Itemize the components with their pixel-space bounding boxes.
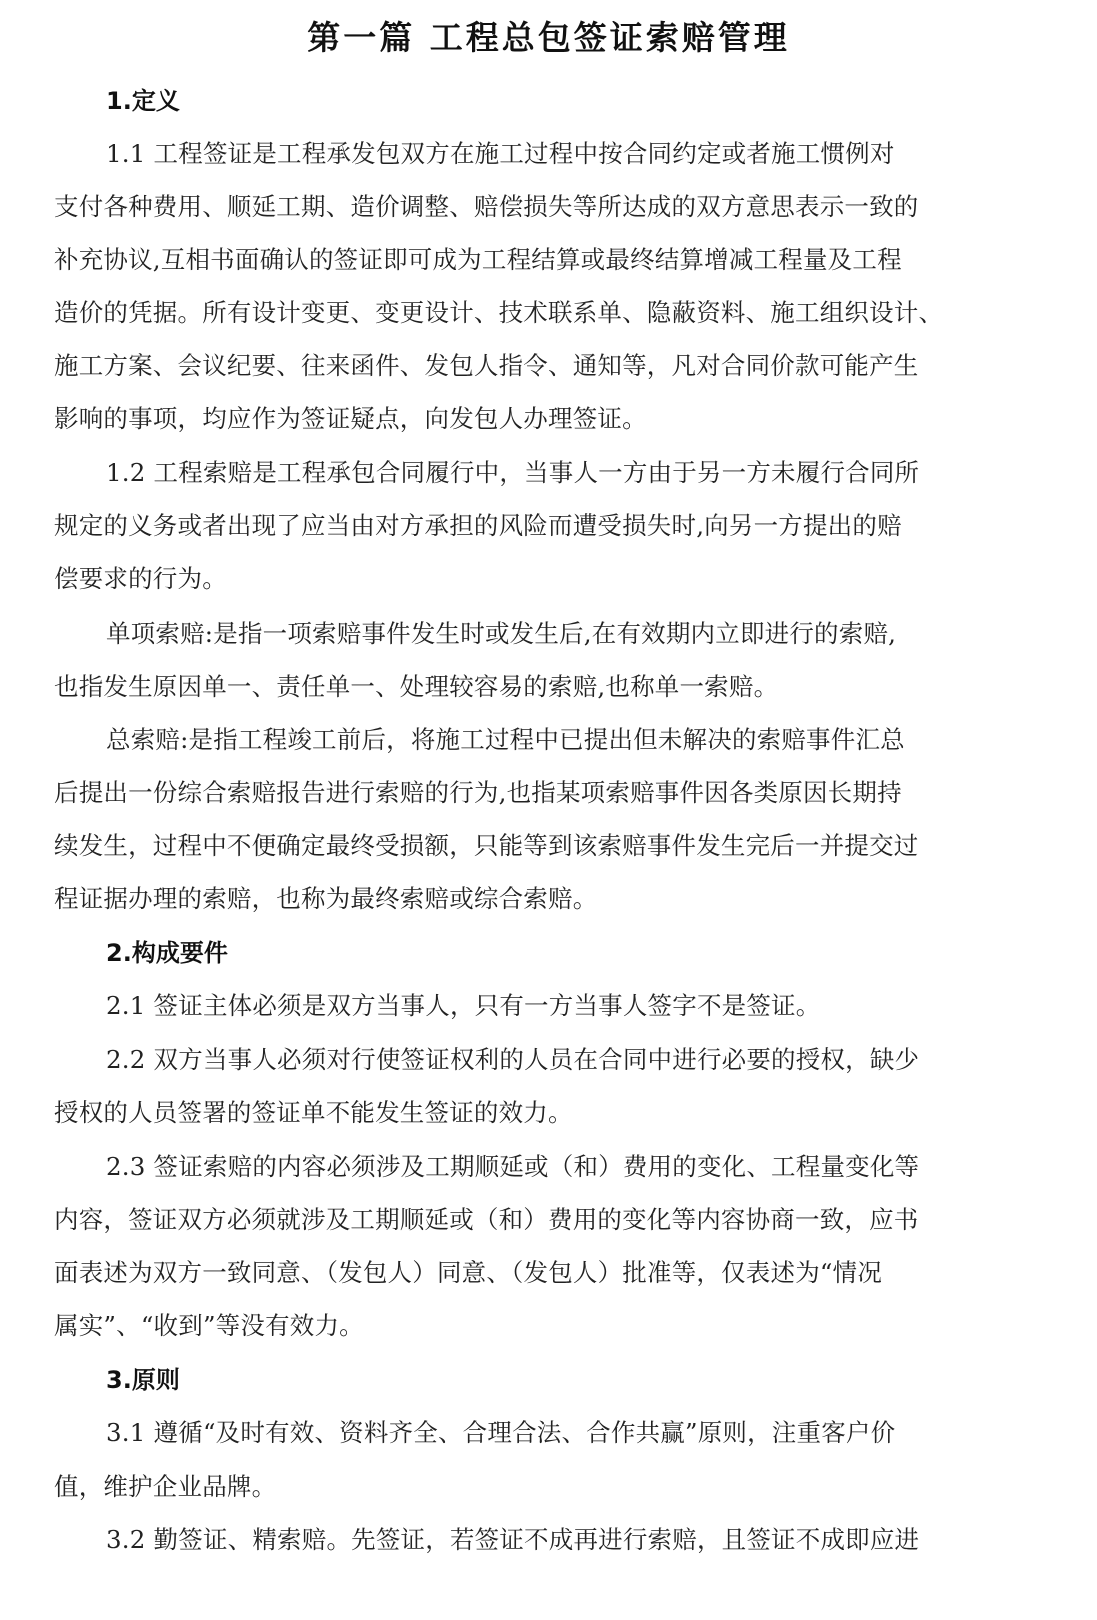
paragraph-1-1-line: 支付各种费用、顺延工期、造价调整、赔偿损失等所达成的双方意思表示一致的 bbox=[54, 190, 1044, 224]
total-claim-line: 总索赔:是指工程竣工前后，将施工过程中已提出但未解决的索赔事件汇总 bbox=[106, 723, 1046, 757]
paragraph-3-2-line: 3.2 勤签证、精索赔。先签证，若签证不成再进行索赔，且签证不成即应进 bbox=[106, 1523, 1046, 1557]
paragraph-1-2-line: 规定的义务或者出现了应当由对方承担的风险而遭受损失时,向另一方提出的赔 bbox=[54, 509, 1044, 543]
paragraph-2-2-line: 2.2 双方当事人必须对行使签证权利的人员在合同中进行必要的授权，缺少 bbox=[106, 1043, 1046, 1077]
section-heading-principles: 3.原则 bbox=[106, 1363, 180, 1397]
single-claim-line: 单项索赔:是指一项索赔事件发生时或发生后,在有效期内立即进行的索赔, bbox=[106, 617, 1046, 651]
total-claim-line: 程证据办理的索赔，也称为最终索赔或综合索赔。 bbox=[54, 882, 1044, 916]
paragraph-1-1-line: 影响的事项，均应作为签证疑点，向发包人办理签证。 bbox=[54, 402, 1044, 436]
paragraph-2-3-line: 内容，签证双方必须就涉及工期顺延或（和）费用的变化等内容协商一致，应书 bbox=[54, 1203, 1044, 1237]
paragraph-3-1-line: 值，维护企业品牌。 bbox=[54, 1470, 1044, 1504]
paragraph-2-1-line: 2.1 签证主体必须是双方当事人，只有一方当事人签字不是签证。 bbox=[106, 989, 1046, 1023]
section-heading-definition: 1.定义 bbox=[106, 84, 180, 118]
document-title: 第一篇 工程总包签证索赔管理 bbox=[0, 14, 1097, 62]
total-claim-line: 后提出一份综合索赔报告进行索赔的行为,也指某项索赔事件因各类原因长期持 bbox=[54, 776, 1044, 810]
paragraph-2-2-line: 授权的人员签署的签证单不能发生签证的效力。 bbox=[54, 1096, 1044, 1130]
document-page: 第一篇 工程总包签证索赔管理 1.定义 1.1 工程签证是工程承发包双方在施工过… bbox=[0, 0, 1097, 1620]
paragraph-2-3-line: 面表述为双方一致同意、（发包人）同意、（发包人）批准等，仅表述为“情况 bbox=[54, 1256, 1044, 1290]
paragraph-1-1-line: 补充协议,互相书面确认的签证即可成为工程结算或最终结算增减工程量及工程 bbox=[54, 243, 1044, 277]
total-claim-line: 续发生，过程中不便确定最终受损额，只能等到该索赔事件发生完后一并提交过 bbox=[54, 829, 1044, 863]
paragraph-1-2-line: 偿要求的行为。 bbox=[54, 562, 1044, 596]
paragraph-3-1-line: 3.1 遵循“及时有效、资料齐全、合理合法、合作共赢”原则，注重客户价 bbox=[106, 1416, 1046, 1450]
paragraph-2-3-line: 属实”、“收到”等没有效力。 bbox=[54, 1309, 1044, 1343]
paragraph-1-1-line: 造价的凭据。所有设计变更、变更设计、技术联系单、隐蔽资料、施工组织设计、 bbox=[54, 296, 1044, 330]
section-heading-requirements: 2.构成要件 bbox=[106, 936, 228, 970]
paragraph-1-1-line: 1.1 工程签证是工程承发包双方在施工过程中按合同约定或者施工惯例对 bbox=[106, 137, 1046, 171]
paragraph-1-1-line: 施工方案、会议纪要、往来函件、发包人指令、通知等，凡对合同价款可能产生 bbox=[54, 349, 1044, 383]
paragraph-1-2-line: 1.2 工程索赔是工程承包合同履行中，当事人一方由于另一方未履行合同所 bbox=[106, 456, 1046, 490]
single-claim-line: 也指发生原因单一、责任单一、处理较容易的索赔,也称单一索赔。 bbox=[54, 670, 1044, 704]
paragraph-2-3-line: 2.3 签证索赔的内容必须涉及工期顺延或（和）费用的变化、工程量变化等 bbox=[106, 1150, 1046, 1184]
